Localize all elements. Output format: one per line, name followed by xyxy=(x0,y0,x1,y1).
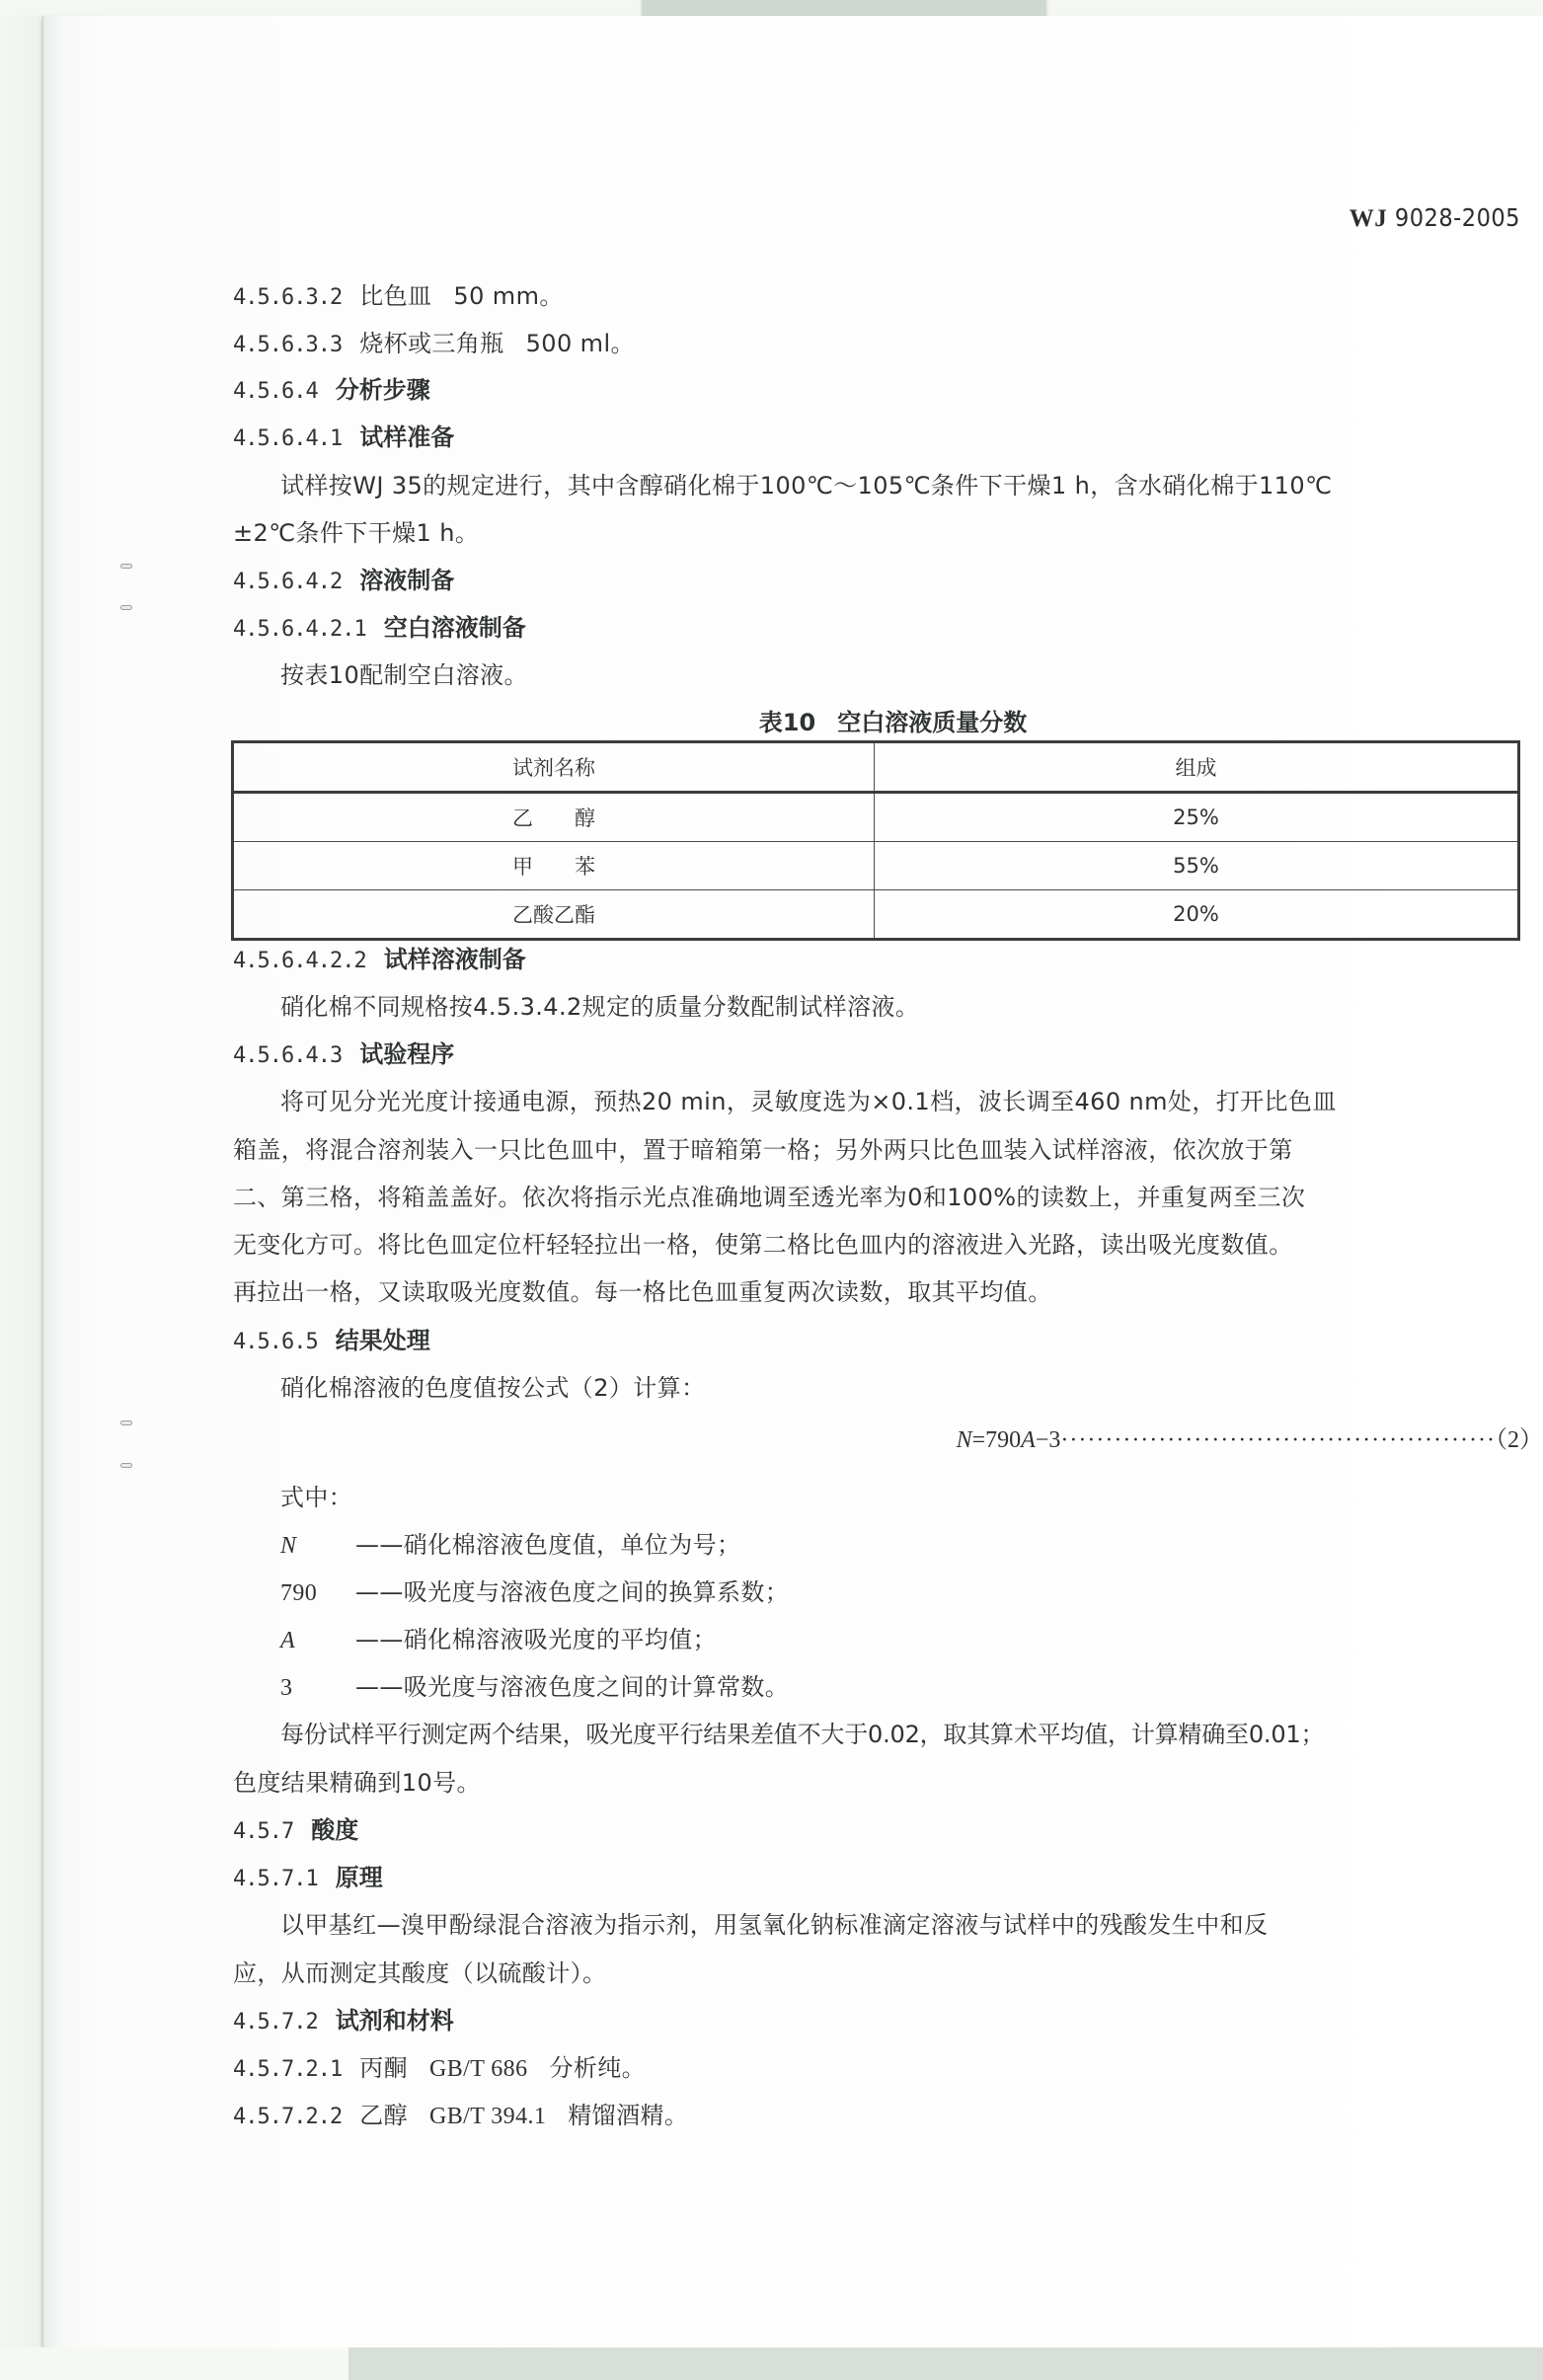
section-number: 4.5.7.2.2 xyxy=(233,2105,342,2129)
section-number: 4.5.6.3.2 xyxy=(233,285,342,310)
column-header: 组成 xyxy=(875,742,1519,793)
formula-constant: −3 xyxy=(1036,1427,1061,1453)
standard-number: 9028-2005 xyxy=(1395,203,1520,232)
facing-page-edge xyxy=(0,16,42,2347)
variable-symbol: 790 xyxy=(280,1577,355,1609)
table-row: 甲 苯 55% xyxy=(233,842,1519,890)
staple-icon xyxy=(120,1463,132,1468)
table-header-row: 试剂名称 组成 xyxy=(233,742,1519,793)
reagent-grade: 精馏酒精。 xyxy=(568,2102,688,2129)
section-number: 4.5.6.5 xyxy=(233,1330,318,1354)
variable-symbol: A xyxy=(280,1625,355,1656)
table-label: 表10 xyxy=(759,709,815,736)
section-number: 4.5.7.2 xyxy=(233,2010,318,2035)
table-row: 乙 醇 25% xyxy=(233,793,1519,842)
section-4-5-6-4-2-1: 4.5.6.4.2.1空白溶液制备 xyxy=(233,612,526,646)
formula-variable: N xyxy=(957,1427,972,1453)
section-number: 4.5.7.2.1 xyxy=(233,2057,342,2082)
staple-icon xyxy=(120,564,132,569)
formula-number: （2） xyxy=(1496,1427,1543,1453)
paragraph-line: 无变化方可。将比色皿定位杆轻轻拉出一格，使第二格比色皿内的溶液进入光路，读出吸光… xyxy=(233,1229,1293,1261)
composition-value: 25% xyxy=(875,793,1519,842)
section-heading: 溶液制备 xyxy=(359,567,454,594)
variable-definition: N——硝化棉溶液色度值，单位为号； xyxy=(280,1529,740,1562)
variable-definition: 3——吸光度与溶液色度之间的计算常数。 xyxy=(280,1671,789,1704)
section-number: 4.5.6.4.2.1 xyxy=(233,617,366,642)
section-4-5-6-4-2-2: 4.5.6.4.2.2试样溶液制备 xyxy=(233,944,526,977)
paragraph-line: 按表10配制空白溶液。 xyxy=(280,659,528,691)
section-heading: 原理 xyxy=(336,1864,383,1891)
section-4-5-7: 4.5.7酸度 xyxy=(233,1814,358,1848)
table-title: 空白溶液质量分数 xyxy=(837,709,1027,736)
section-heading: 结果处理 xyxy=(336,1327,430,1354)
reagent-name: 乙 醇 xyxy=(233,793,875,842)
where-label: 式中： xyxy=(280,1482,352,1513)
variable-symbol: 3 xyxy=(280,1672,355,1704)
paragraph-line: 以甲基红—溴甲酚绿混合溶液为指示剂，用氢氧化钠标准滴定溶液与试样中的残酸发生中和… xyxy=(280,1909,1268,1941)
section-4-5-6-5: 4.5.6.5结果处理 xyxy=(233,1325,430,1358)
paragraph-line: 色度结果精确到10号。 xyxy=(233,1767,481,1799)
reagent-name: 乙酸乙酯 xyxy=(233,890,875,940)
section-value: 500 ml。 xyxy=(526,330,635,357)
paragraph-line: 箱盖，将混合溶剂装入一只比色皿中，置于暗箱第一格；另外两只比色皿装入试样溶液，依… xyxy=(233,1134,1293,1166)
variable-symbol: N xyxy=(280,1530,355,1562)
scanner-bottom-tab xyxy=(348,2347,1543,2380)
paragraph-line: 硝化棉不同规格按4.5.3.4.2规定的质量分数配制试样溶液。 xyxy=(280,991,919,1023)
section-4-5-6-4: 4.5.6.4分析步骤 xyxy=(233,374,430,408)
section-heading: 试剂和材料 xyxy=(336,2007,454,2035)
section-number: 4.5.6.4.1 xyxy=(233,426,342,451)
section-number: 4.5.6.4.2 xyxy=(233,570,342,594)
variable-definition: A——硝化棉溶液吸光度的平均值； xyxy=(280,1624,717,1656)
section-4-5-7-2: 4.5.7.2试剂和材料 xyxy=(233,2005,454,2038)
table-row: 乙酸乙酯 20% xyxy=(233,890,1519,940)
document-page: WJ 9028-2005 4.5.6.3.2比色皿50 mm。 4.5.6.3.… xyxy=(42,16,1543,2347)
staple-icon xyxy=(120,1420,132,1425)
section-number: 4.5.6.4.2.2 xyxy=(233,949,366,973)
section-heading: 空白溶液制备 xyxy=(384,614,526,642)
section-number: 4.5.6.4.3 xyxy=(233,1043,342,1068)
section-heading: 试验程序 xyxy=(359,1040,454,1068)
section-heading: 试样溶液制备 xyxy=(384,946,526,973)
formula-leader-dots: ········································… xyxy=(1060,1427,1496,1453)
section-title: 比色皿 xyxy=(359,282,431,310)
section-4-5-6-4-3: 4.5.6.4.3试验程序 xyxy=(233,1038,454,1072)
table-caption: 表10空白溶液质量分数 xyxy=(233,703,1543,737)
standard-prefix: WJ xyxy=(1350,205,1388,232)
section-4-5-6-3-2: 4.5.6.3.2比色皿50 mm。 xyxy=(233,280,564,314)
paragraph-line: 试样按WJ 35的规定进行，其中含醇硝化棉于100℃～105℃条件下干燥1 h，… xyxy=(280,470,1332,501)
paragraph-line: 再拉出一格，又读取吸光度数值。每一格比色皿重复两次读数，取其平均值。 xyxy=(233,1276,1052,1308)
standard-code: WJ 9028-2005 xyxy=(1350,203,1520,233)
variable-description: ——吸光度与溶液色度之间的计算常数。 xyxy=(355,1673,789,1701)
reagent-grade: 分析纯。 xyxy=(549,2054,646,2082)
scanner-top-tab xyxy=(640,0,1048,16)
variable-description: ——硝化棉溶液色度值，单位为号； xyxy=(355,1531,740,1559)
formula-variable: A xyxy=(1021,1427,1036,1453)
paragraph-line: 每份试样平行测定两个结果，吸光度平行结果差值不大于0.02，取其算术平均值，计算… xyxy=(280,1719,1324,1750)
blank-solution-table: 试剂名称 组成 乙 醇 25% 甲 苯 55% 乙酸乙酯 20% xyxy=(231,740,1520,941)
section-number: 4.5.7 xyxy=(233,1819,293,1844)
paragraph-line: 硝化棉溶液的色度值按公式（2）计算： xyxy=(280,1372,705,1404)
staple-icon xyxy=(120,605,132,610)
standard-reference: GB/T 394.1 xyxy=(429,2104,546,2129)
section-heading: 试样准备 xyxy=(359,423,454,451)
section-4-5-6-4-2: 4.5.6.4.2溶液制备 xyxy=(233,565,454,598)
section-4-5-6-3-3: 4.5.6.3.3烧杯或三角瓶500 ml。 xyxy=(233,328,635,361)
section-value: 50 mm。 xyxy=(453,282,563,310)
paragraph-line: 将可见分光光度计接通电源，预热20 min，灵敏度选为×0.1档，波长调至460… xyxy=(280,1086,1337,1117)
section-heading: 分析步骤 xyxy=(336,376,430,404)
section-4-5-6-4-1: 4.5.6.4.1试样准备 xyxy=(233,422,454,455)
paragraph-line: 二、第三格，将箱盖盖好。依次将指示光点准确地调至透光率为0和100%的读数上，并… xyxy=(233,1182,1305,1213)
section-4-5-7-2-2: 4.5.7.2.2乙醇GB/T 394.1精馏酒精。 xyxy=(233,2100,688,2133)
formula-constant: =790 xyxy=(972,1427,1022,1453)
column-header: 试剂名称 xyxy=(233,742,875,793)
section-title: 烧杯或三角瓶 xyxy=(359,330,503,357)
reagent-name: 甲 苯 xyxy=(233,842,875,890)
section-4-5-7-2-1: 4.5.7.2.1丙酮GB/T 686分析纯。 xyxy=(233,2052,646,2086)
reagent-name: 乙醇 xyxy=(359,2102,408,2129)
variable-description: ——硝化棉溶液吸光度的平均值； xyxy=(355,1626,717,1653)
paragraph-line: 应，从而测定其酸度（以硫酸计）。 xyxy=(233,1958,606,1989)
formula-2: N=790A−3································… xyxy=(957,1420,1543,1454)
composition-value: 20% xyxy=(875,890,1519,940)
section-heading: 酸度 xyxy=(311,1816,358,1844)
variable-description: ——吸光度与溶液色度之间的换算系数； xyxy=(355,1578,789,1606)
section-number: 4.5.7.1 xyxy=(233,1867,318,1891)
section-number: 4.5.6.4 xyxy=(233,379,318,404)
standard-reference: GB/T 686 xyxy=(429,2056,527,2082)
section-4-5-7-1: 4.5.7.1原理 xyxy=(233,1862,383,1895)
paragraph-line: ±2℃条件下干燥1 h。 xyxy=(233,517,479,549)
composition-value: 55% xyxy=(875,842,1519,890)
section-number: 4.5.6.3.3 xyxy=(233,333,342,357)
variable-definition: 790——吸光度与溶液色度之间的换算系数； xyxy=(280,1576,789,1609)
reagent-name: 丙酮 xyxy=(359,2054,408,2082)
